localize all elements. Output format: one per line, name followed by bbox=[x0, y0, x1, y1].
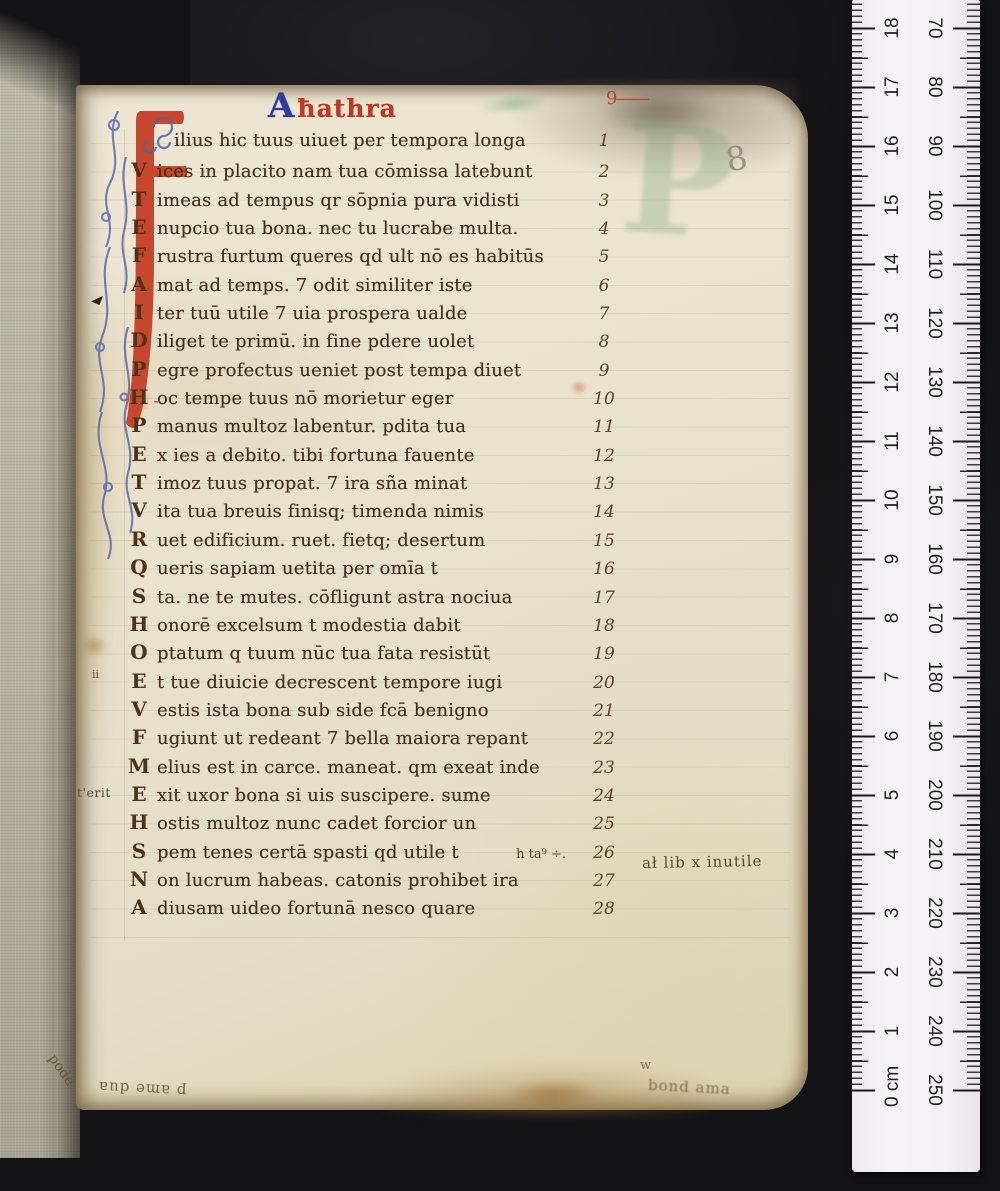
line-text: ugiunt ut redeant 7 bella maiora repant bbox=[152, 728, 528, 749]
line-number: 6 bbox=[582, 276, 626, 296]
manuscript-line-15: Ruet edificium. ruet. fietq; desertum15 bbox=[126, 527, 626, 555]
line-initial: O bbox=[126, 640, 152, 664]
ruler-cm-label: 16 bbox=[883, 129, 903, 163]
manuscript-photo: Aħathra 9—— ilius hic tuus ui bbox=[0, 0, 1000, 1191]
line-initial: F bbox=[126, 243, 152, 267]
line-text: oc tempe tuus nō morietur eger bbox=[152, 388, 454, 409]
page-heading: Aħathra 9—— bbox=[268, 86, 397, 120]
line-number: 13 bbox=[582, 474, 626, 494]
line-number: 9 bbox=[582, 361, 626, 381]
ruler-ticks-right-cm bbox=[953, 0, 980, 1092]
manuscript-line-11: Pmanus multoz labentur. pdita tua11 bbox=[126, 413, 626, 441]
line-text: ueris sapiam uetita per omīa t bbox=[152, 558, 438, 579]
ruler-mm-label: 160 bbox=[924, 535, 944, 583]
line-number: 28 bbox=[582, 899, 626, 919]
line-initial: R bbox=[126, 527, 152, 551]
line-number: 1 bbox=[582, 131, 626, 151]
ruler-mm-label: 100 bbox=[924, 181, 944, 229]
binding-cloth bbox=[0, 0, 80, 1158]
line-initial: V bbox=[126, 158, 152, 182]
ruler-mm-label: 80 bbox=[924, 63, 944, 111]
ruler-mm-label: 130 bbox=[924, 358, 944, 406]
manuscript-line-21: Vestis ista bona sub side fcā benigno21 bbox=[126, 697, 626, 725]
manuscript-line-28: Adiusam uideo fortunā nesco quare28 bbox=[126, 895, 626, 923]
ruler-cm-label: 2 bbox=[883, 955, 903, 989]
line-initial: T bbox=[126, 187, 152, 211]
ruler-cm-label: 11 bbox=[883, 424, 903, 458]
line-text: onorē excelsum t modestia dabit bbox=[152, 615, 461, 636]
manuscript-line-3: Timeas ad tempus qr sōpnia pura vidisti3 bbox=[126, 187, 626, 215]
ruler-cm-label: 5 bbox=[883, 778, 903, 812]
line-number: 21 bbox=[582, 701, 626, 721]
line-number: 22 bbox=[582, 729, 626, 749]
ruler-mm-label: 140 bbox=[924, 417, 944, 465]
manuscript-line-26: Spem tenes certā spasti qd utile th ta⁹ … bbox=[126, 839, 626, 867]
line-number: 16 bbox=[582, 559, 626, 579]
manuscript-line-16: Queris sapiam uetita per omīa t16 bbox=[126, 555, 626, 583]
ruler-cm-label: 1 bbox=[883, 1014, 903, 1048]
line-text: uet edificium. ruet. fietq; desertum bbox=[152, 530, 485, 551]
heading-title: ħathra bbox=[297, 94, 396, 123]
line-number: 27 bbox=[582, 871, 626, 891]
ruler-mm-label: 110 bbox=[924, 240, 944, 288]
line-initial: S bbox=[126, 584, 152, 608]
line-number: 11 bbox=[582, 417, 626, 437]
line-initial: E bbox=[126, 442, 152, 466]
ruler-mm-label: 250 bbox=[924, 1066, 944, 1114]
manuscript-lines: ilius hic tuus uiuet per tempora longa1V… bbox=[126, 130, 626, 924]
manuscript-line-18: Honorē excelsum t modestia dabit18 bbox=[126, 612, 626, 640]
manuscript-line-25: Hostis multoz nunc cadet forcior un25 bbox=[126, 810, 626, 838]
line-text: ilius hic tuus uiuet per tempora longa bbox=[152, 130, 526, 151]
manuscript-line-7: Iter tuū utile 7 uia prospera ualde7 bbox=[126, 300, 626, 328]
manuscript-line-2: Vices in placito nam tua cōmissa latebun… bbox=[126, 158, 626, 186]
line-number: 12 bbox=[582, 446, 626, 466]
manuscript-line-19: Optatum q tuum nūc tua fata resistūt19 bbox=[126, 640, 626, 668]
line-initial: E bbox=[126, 215, 152, 239]
ruler-mm-label: 230 bbox=[924, 948, 944, 996]
ruler-cm-label: 14 bbox=[883, 247, 903, 281]
line-number: 15 bbox=[582, 531, 626, 551]
ruler-mm-label: 170 bbox=[924, 594, 944, 642]
ruler-cm-label: 8 bbox=[883, 601, 903, 635]
line-text: on lucrum habeas. catonis prohibet ira bbox=[152, 870, 519, 891]
measuring-ruler: 1817161514131211109876543210 cm 70809010… bbox=[852, 0, 980, 1172]
ruler-mm-label: 240 bbox=[924, 1007, 944, 1055]
line-initial: I bbox=[126, 300, 152, 324]
ruler-cm-label: 13 bbox=[883, 306, 903, 340]
line-text: ter tuū utile 7 uia prospera ualde bbox=[152, 303, 468, 324]
ruler-cm-label: 0 cm bbox=[883, 1073, 903, 1107]
line-text: ita tua breuis finisq; timenda nimis bbox=[152, 501, 484, 522]
manuscript-line-14: Vita tua breuis finisq; timenda nimis14 bbox=[126, 498, 626, 526]
line-number: 10 bbox=[582, 389, 626, 409]
foot-mark-w: w bbox=[640, 1058, 651, 1073]
ruler-mm-label: 180 bbox=[924, 653, 944, 701]
gutter-mark: ii bbox=[92, 668, 99, 681]
manuscript-line-5: Frustra furtum queres qd ult nō es habit… bbox=[126, 243, 626, 271]
ruler-cm-label: 15 bbox=[883, 188, 903, 222]
line-number: 8 bbox=[582, 332, 626, 352]
line-number: 25 bbox=[582, 814, 626, 834]
ruler-mm-label: 90 bbox=[924, 122, 944, 170]
manuscript-line-17: Sta. ne te mutes. cōfligunt astra nociua… bbox=[126, 584, 626, 612]
ruler-cm-label: 10 bbox=[883, 483, 903, 517]
line-text: nupcio tua bona. nec tu lucrabe multa. bbox=[152, 218, 518, 239]
line-initial: N bbox=[126, 867, 152, 891]
line-initial: S bbox=[126, 839, 152, 863]
ruler-cm-label: 3 bbox=[883, 896, 903, 930]
ruler-mm-label: 70 bbox=[924, 4, 944, 52]
line-text: diusam uideo fortunā nesco quare bbox=[152, 898, 475, 919]
manuscript-line-27: Non lucrum habeas. catonis prohibet ira2… bbox=[126, 867, 626, 895]
line-text: ptatum q tuum nūc tua fata resistūt bbox=[152, 643, 490, 664]
line-initial: H bbox=[126, 385, 152, 409]
ruler-cm-label: 17 bbox=[883, 70, 903, 104]
manuscript-page: Aħathra 9—— ilius hic tuus ui bbox=[76, 85, 808, 1110]
manuscript-line-12: Ex ies a debito. tibi fortuna fauente12 bbox=[126, 442, 626, 470]
bottom-stain-core bbox=[506, 1079, 601, 1109]
show-through-letter: P bbox=[617, 103, 740, 261]
line-number: 18 bbox=[582, 616, 626, 636]
ruler-mm-label: 210 bbox=[924, 830, 944, 878]
line-initial: M bbox=[126, 754, 152, 778]
line-text: xit uxor bona si uis suscipere. sume bbox=[152, 785, 491, 806]
ruler-mm-label: 220 bbox=[924, 889, 944, 937]
ruler-mm-label: 190 bbox=[924, 712, 944, 760]
manuscript-line-24: Exit uxor bona si uis suscipere. sume24 bbox=[126, 782, 626, 810]
manuscript-line-20: Et tue diuicie decrescent tempore iugi20 bbox=[126, 669, 626, 697]
manuscript-line-8: Diliget te primū. in fine pdere uolet8 bbox=[126, 328, 626, 356]
line-text: iliget te primū. in fine pdere uolet bbox=[152, 331, 474, 352]
line-text: ostis multoz nunc cadet forcior un bbox=[152, 813, 476, 834]
line-initial: A bbox=[126, 895, 152, 919]
line-number: 7 bbox=[582, 304, 626, 324]
line-initial: T bbox=[126, 470, 152, 494]
line-number: 24 bbox=[582, 786, 626, 806]
line-initial: A bbox=[126, 272, 152, 296]
line-text: x ies a debito. tibi fortuna fauente bbox=[152, 445, 475, 466]
manuscript-line-23: Melius est in carce. maneat. qm exeat in… bbox=[126, 754, 626, 782]
line-initial: E bbox=[126, 782, 152, 806]
manuscript-line-13: Timoz tuus propat. 7 ira sña minat13 bbox=[126, 470, 626, 498]
line-text: imoz tuus propat. 7 ira sña minat bbox=[152, 473, 467, 494]
line-text: imeas ad tempus qr sōpnia pura vidisti bbox=[152, 190, 520, 211]
line-text: pem tenes certā spasti qd utile t bbox=[152, 842, 459, 863]
line-initial: H bbox=[126, 612, 152, 636]
line-text: rustra furtum queres qd ult nō es habitū… bbox=[152, 246, 544, 267]
manuscript-line-9: Pegre profectus ueniet post tempa diuet9 bbox=[126, 357, 626, 385]
manuscript-line-10: Hoc tempe tuus nō morietur eger10 bbox=[126, 385, 626, 413]
ruler-cm-label: 6 bbox=[883, 719, 903, 753]
margin-note-terit: t'erit bbox=[77, 785, 111, 800]
manuscript-line-4: Enupcio tua bona. nec tu lucrabe multa.4 bbox=[126, 215, 626, 243]
line-number: 14 bbox=[582, 502, 626, 522]
manuscript-line-6: Amat ad temps. 7 odit similiter iste6 bbox=[126, 272, 626, 300]
ruler-mm-label: 120 bbox=[924, 299, 944, 347]
ruler-cm-label: 9 bbox=[883, 542, 903, 576]
ruler-mm-label: 200 bbox=[924, 771, 944, 819]
green-smudge bbox=[477, 90, 551, 117]
line-text: t tue diuicie decrescent tempore iugi bbox=[152, 672, 502, 693]
ruler-mm-label: 150 bbox=[924, 476, 944, 524]
line-number: 20 bbox=[582, 673, 626, 693]
line-initial: D bbox=[126, 328, 152, 352]
line-initial: P bbox=[126, 357, 152, 381]
cloth-fold-highlight bbox=[55, 0, 58, 1158]
line-text: ta. ne te mutes. cōfligunt astra nociua bbox=[152, 587, 513, 608]
line-text: ices in placito nam tua cōmissa latebunt bbox=[152, 161, 533, 182]
line-initial: E bbox=[126, 669, 152, 693]
line-initial: H bbox=[126, 810, 152, 834]
ruler-cm-label: 18 bbox=[883, 11, 903, 45]
line-note: h ta⁹ ÷. bbox=[516, 847, 566, 862]
ruler-cm-label: 7 bbox=[883, 660, 903, 694]
line-initial: Q bbox=[126, 555, 152, 579]
line-text: estis ista bona sub side fcā benigno bbox=[152, 700, 489, 721]
line-initial: P bbox=[126, 413, 152, 437]
line-text: manus multoz labentur. pdita tua bbox=[152, 416, 466, 437]
line-text: mat ad temps. 7 odit similiter iste bbox=[152, 275, 473, 296]
line-initial: F bbox=[126, 725, 152, 749]
line-text: egre profectus ueniet post tempa diuet bbox=[152, 360, 521, 381]
line-number: 26 bbox=[582, 843, 626, 863]
ruler-ticks-left-cm bbox=[852, 0, 875, 1092]
line-number: 23 bbox=[582, 758, 626, 778]
manuscript-line-1: ilius hic tuus uiuet per tempora longa1 bbox=[126, 130, 626, 158]
line-number: 2 bbox=[582, 162, 626, 182]
margin-note-inutile: ał lib x inutile bbox=[642, 852, 763, 872]
line-number: 17 bbox=[582, 588, 626, 608]
ruler-cm-label: 4 bbox=[883, 837, 903, 871]
line-number: 19 bbox=[582, 644, 626, 664]
heading-initial: A bbox=[268, 86, 295, 126]
line-initial: V bbox=[126, 697, 152, 721]
ruler-cm-label: 12 bbox=[883, 365, 903, 399]
line-text: elius est in carce. maneat. qm exeat ind… bbox=[152, 757, 540, 778]
line-initial: V bbox=[126, 498, 152, 522]
manuscript-line-22: Fugiunt ut redeant 7 bella maiora repant… bbox=[126, 725, 626, 753]
